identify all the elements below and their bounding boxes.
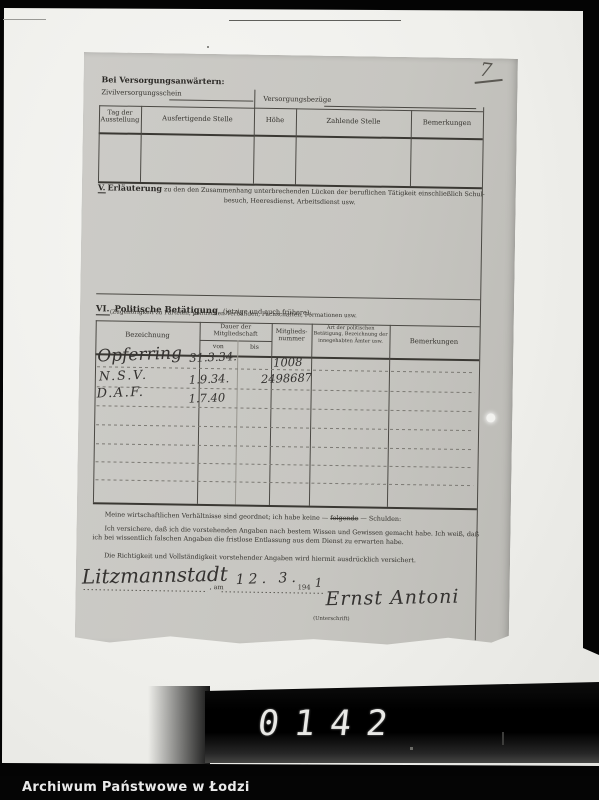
display-artifact: [502, 732, 504, 745]
microfilm-frame: Bei Versorgungsanwärtern: Zivilversorgun…: [0, 0, 599, 800]
section-a-subheader-right: Versorgungsbezüge: [263, 96, 331, 105]
section-a-subheader-left: Zivilversorgungsschein: [101, 89, 181, 98]
date-handwritten: 12. 3.: [235, 570, 300, 588]
table-line: [96, 320, 480, 327]
table-line: [235, 340, 239, 504]
declaration-line1-post: — Schulden:: [360, 514, 401, 523]
table-line: [199, 340, 271, 342]
declaration-line1-pre: Meine wirtschaftlichen Verhältnisse sind…: [105, 510, 329, 522]
row-line: [95, 479, 473, 486]
frame-counter-display: 0142: [205, 682, 599, 763]
film-scratch: [229, 20, 401, 21]
section-vi-subtitle: (Zugehörigkeit zu Parteien, politischen …: [110, 309, 357, 320]
counter-digit: 1: [292, 704, 333, 744]
dotted-line: [84, 589, 208, 592]
column-header: Bezeichnung: [95, 331, 199, 340]
table-line: [99, 105, 483, 112]
film-scratch: [3, 19, 46, 20]
column-header: Bemerkungen: [389, 338, 478, 347]
section-a-title: Bei Versorgungsanwärtern:: [101, 75, 224, 86]
row-line: [97, 386, 475, 393]
scanner-strip: [0, 762, 599, 776]
section-vi-number: VI.: [96, 304, 110, 315]
entry-name: D.A.F.: [96, 385, 144, 402]
table-line: [387, 325, 391, 507]
column-header: Höhe: [254, 117, 296, 125]
column-header: Ausfertigende Stelle: [141, 115, 254, 125]
entry-date-von: 31.3.34.: [189, 349, 237, 365]
entry-date-von: 1.9.34.: [189, 371, 230, 386]
archive-name: Archiwum Państwowe w Łodzi: [22, 780, 250, 795]
entry-name: Opferring: [97, 343, 182, 366]
flash-spot: [486, 413, 495, 422]
counter-shadow: [148, 686, 210, 764]
entry-number: 2498687: [261, 370, 313, 386]
archive-footer-bar: Archiwum Państwowe w Łodzi: [0, 776, 599, 800]
column-header: Zahlende Stelle: [296, 117, 411, 127]
row-line: [96, 405, 474, 412]
signature: Ernst Antoni: [325, 586, 459, 611]
row-line: [96, 461, 474, 468]
pencil-page-number-mark: 7: [478, 59, 493, 82]
column-header: Tag der Ausstellung: [99, 109, 141, 125]
display-artifact: [410, 747, 413, 750]
column-header: bis: [237, 344, 271, 351]
column-header: Art der politischen Betätigung, Bezeichn…: [311, 325, 389, 345]
table-line: [253, 90, 255, 184]
table-line: [99, 132, 483, 140]
counter-digit: 2: [364, 704, 405, 744]
counter-digit: 0: [256, 704, 297, 744]
fill-line: [169, 99, 253, 101]
counter-digit: 4: [328, 704, 369, 744]
film-speck: [207, 46, 209, 48]
table-line: [93, 502, 477, 510]
entry-number: 1008: [273, 355, 303, 370]
column-header: Dauer der Mitgliedschaft: [200, 324, 272, 339]
table-line: [309, 324, 313, 506]
entry-date-von: 1.7.40: [188, 390, 225, 405]
counter-digits: 0142: [256, 704, 405, 744]
declaration-line1: Meine wirtschaftlichen Verhältnisse sind…: [105, 511, 402, 523]
section-v-heading: Erläuterung: [107, 182, 162, 193]
scanned-form-page: Bei Versorgungsanwärtern: Zivilversorgun…: [75, 52, 518, 649]
column-header: Bemerkungen: [411, 119, 483, 128]
place-handwritten: Litzmannstadt: [82, 562, 228, 589]
row-line: [96, 424, 474, 431]
column-header: Mitglieds-nummer: [271, 328, 311, 343]
section-v-number: V.: [98, 182, 106, 193]
declaration-struck-word: folgende: [330, 514, 358, 522]
entry-name: N.S.V.: [99, 367, 149, 384]
row-line: [96, 443, 474, 450]
year-printed: 194: [298, 584, 311, 592]
signature-caption: (Unterschrift): [313, 617, 350, 624]
year-digit-handwritten: 1: [314, 576, 322, 590]
